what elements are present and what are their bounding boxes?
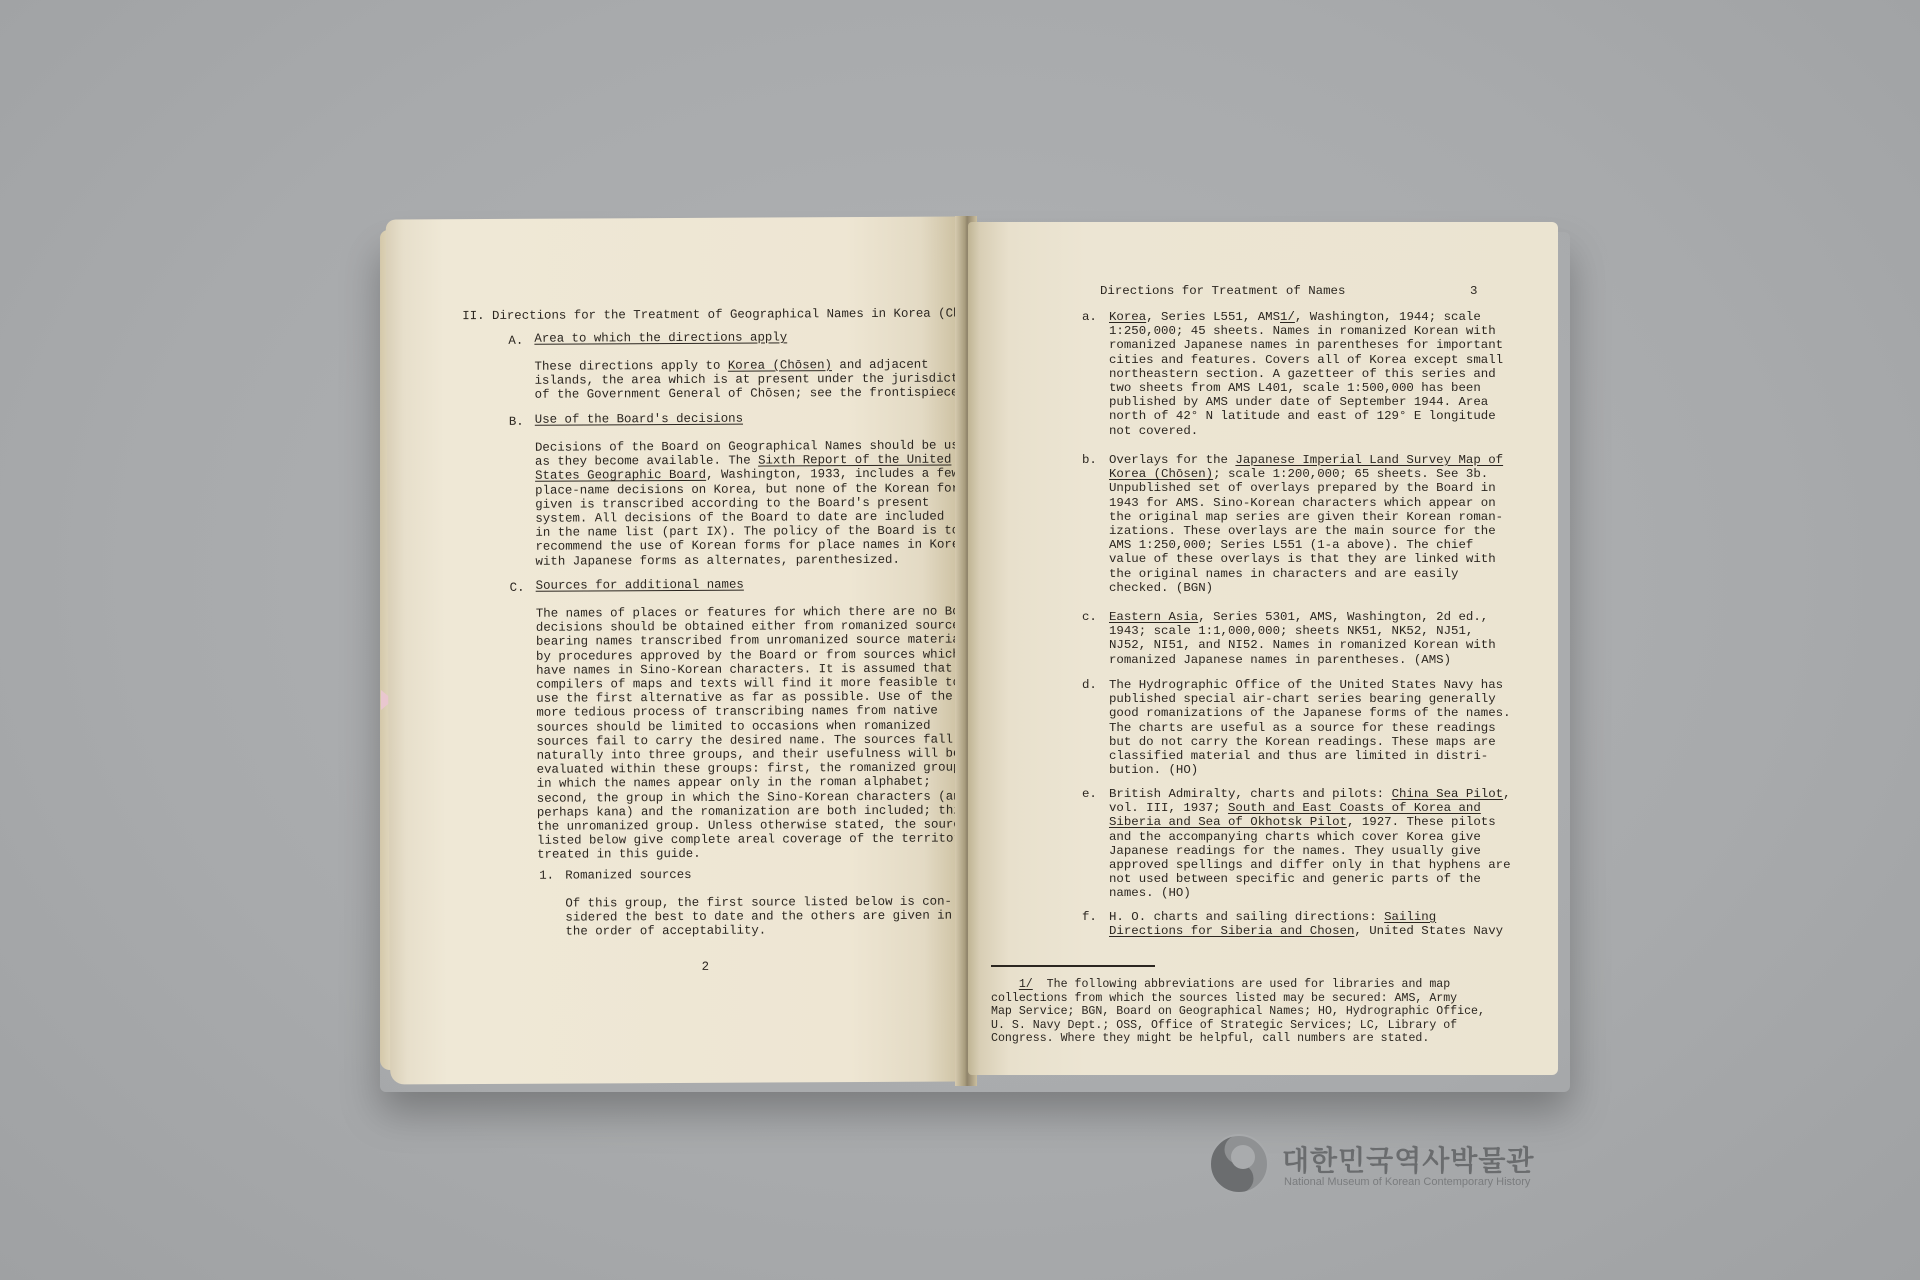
section-c-letter: C. (510, 581, 525, 595)
footnote-line: collections from which the sources liste… (991, 992, 1485, 1006)
section-b-body: Decisions of the Board on Geographical N… (535, 438, 974, 568)
item-c-body: Eastern Asia, Series 5301, AMS, Washingt… (1109, 610, 1496, 667)
right-page: Directions for Treatment of Names 3 a. K… (968, 222, 1558, 1075)
text-line: northeastern section. A gazetteer of thi… (1109, 367, 1503, 381)
text-line: sidered the best to date and the others … (565, 909, 952, 925)
text-line: cities and features. Covers all of Korea… (1109, 353, 1503, 367)
text-line: Unpublished set of overlays prepared by … (1109, 481, 1503, 495)
footnote-line: U. S. Navy Dept.; OSS, Office of Strateg… (991, 1019, 1485, 1033)
text-line: and the accompanying charts which cover … (1109, 830, 1511, 844)
text-line: listed below give complete areal coverag… (537, 832, 983, 849)
text-line: Siberia and Sea of Okhotsk Pilot, 1927. … (1109, 815, 1511, 829)
footnote-rule (991, 965, 1155, 967)
text-line: the order of acceptability. (565, 923, 952, 939)
section-a-body: These directions apply to Korea (Chōsen)… (534, 357, 980, 402)
taegeuk-logo-icon (1208, 1133, 1270, 1195)
text-line: the original map series are given their … (1109, 510, 1503, 524)
item-d-letter: d. (1082, 678, 1097, 692)
item-e-body: British Admiralty, charts and pilots: Ch… (1109, 787, 1511, 901)
item-f-letter: f. (1082, 910, 1097, 924)
text-line: The charts are useful as a source for th… (1109, 721, 1511, 735)
chapter-heading: II. Directions for the Treatment of Geog… (462, 306, 997, 323)
text-line: Korea (Chōsen); scale 1:200,000; 65 shee… (1109, 467, 1503, 481)
subsection-number: 1. (539, 869, 554, 883)
text-line: two sheets from AMS L401, scale 1:500,00… (1109, 381, 1503, 395)
item-c-letter: c. (1082, 610, 1097, 624)
text-line: recommend the use of Korean forms for pl… (535, 538, 974, 555)
text-line: names. (HO) (1109, 886, 1511, 900)
section-c-body: The names of places or features for whic… (536, 604, 983, 862)
text-line: approved spellings and differ only in th… (1109, 858, 1511, 872)
museum-name-english: National Museum of Korean Contemporary H… (1284, 1176, 1530, 1188)
text-line: not covered. (1109, 424, 1503, 438)
left-page: II. Directions for the Treatment of Geog… (386, 217, 966, 1085)
text-line: izations. These overlays are the main so… (1109, 524, 1503, 538)
item-a-body: Korea, Series L551, AMS1/, Washington, 1… (1109, 310, 1503, 438)
text-line: classified material and thus are limited… (1109, 749, 1511, 763)
text-line: Korea, Series L551, AMS1/, Washington, 1… (1109, 310, 1503, 324)
section-c-title: Sources for additional names (536, 578, 744, 593)
subsection-title: Romanized sources (565, 868, 691, 883)
text-line: 1:250,000; 45 sheets. Names in romanized… (1109, 324, 1503, 338)
item-b-body: Overlays for the Japanese Imperial Land … (1109, 453, 1503, 595)
footnote-line: 1/ The following abbreviations are used … (991, 978, 1485, 992)
text-line: Overlays for the Japanese Imperial Land … (1109, 453, 1503, 467)
running-head: Directions for Treatment of Names (1100, 284, 1345, 298)
item-b-letter: b. (1082, 453, 1097, 467)
text-line: H. O. charts and sailing directions: Sai… (1109, 910, 1503, 924)
item-f-body: H. O. charts and sailing directions: Sai… (1109, 910, 1503, 938)
text-line: the original names in characters and are… (1109, 567, 1503, 581)
subsection-body: Of this group, the first source listed b… (565, 895, 952, 940)
text-line: not used between specific and generic pa… (1109, 872, 1511, 886)
section-b-letter: B. (509, 415, 524, 429)
text-line: Directions for Siberia and Chosen, Unite… (1109, 924, 1503, 938)
section-b-title: Use of the Board's decisions (535, 412, 743, 427)
text-line: 1943; scale 1:1,000,000; sheets NK51, NK… (1109, 624, 1496, 638)
text-line: British Admiralty, charts and pilots: Ch… (1109, 787, 1511, 801)
text-line: 1943 for AMS. Sino-Korean characters whi… (1109, 496, 1503, 510)
text-line: but do not carry the Korean readings. Th… (1109, 735, 1511, 749)
text-line: north of 42° N latitude and east of 129°… (1109, 409, 1503, 423)
text-line: bution. (HO) (1109, 763, 1511, 777)
text-line: published special air-chart series beari… (1109, 692, 1511, 706)
page-number-left: 2 (702, 960, 710, 974)
text-line: published by AMS under date of September… (1109, 395, 1503, 409)
text-line: romanized Japanese names in parentheses.… (1109, 653, 1496, 667)
text-line: AMS 1:250,000; Series L551 (1-a above). … (1109, 538, 1503, 552)
text-line: NJ52, NI51, and NI52. Names in romanized… (1109, 638, 1496, 652)
page-number-right: 3 (1470, 284, 1477, 298)
text-line: treated in this guide. (537, 846, 983, 863)
text-line: romanized Japanese names in parentheses … (1109, 338, 1503, 352)
footnote-line: Congress. Where they might be helpful, c… (991, 1032, 1485, 1046)
text-line: The Hydrographic Office of the United St… (1109, 678, 1511, 692)
text-line: with Japanese forms as alternates, paren… (535, 552, 974, 569)
text-line: Japanese readings for the names. They us… (1109, 844, 1511, 858)
text-line: vol. III, 1937; South and East Coasts of… (1109, 801, 1511, 815)
section-a-letter: A. (508, 334, 523, 348)
item-d-body: The Hydrographic Office of the United St… (1109, 678, 1511, 777)
footnote-line: Map Service; BGN, Board on Geographical … (991, 1005, 1485, 1019)
text-line: Eastern Asia, Series 5301, AMS, Washingt… (1109, 610, 1496, 624)
text-line: checked. (BGN) (1109, 581, 1503, 595)
text-line: value of these overlays is that they are… (1109, 552, 1503, 566)
item-e-letter: e. (1082, 787, 1097, 801)
item-a-letter: a. (1082, 310, 1097, 324)
footnote: 1/ The following abbreviations are used … (991, 978, 1485, 1046)
section-a-title: Area to which the directions apply (534, 330, 787, 346)
text-line: good romanizations of the Japanese forms… (1109, 706, 1511, 720)
museum-name-korean: 대한민국역사박물관 (1282, 1139, 1534, 1179)
text-line: of the Government General of Chōsen; see… (535, 386, 981, 403)
